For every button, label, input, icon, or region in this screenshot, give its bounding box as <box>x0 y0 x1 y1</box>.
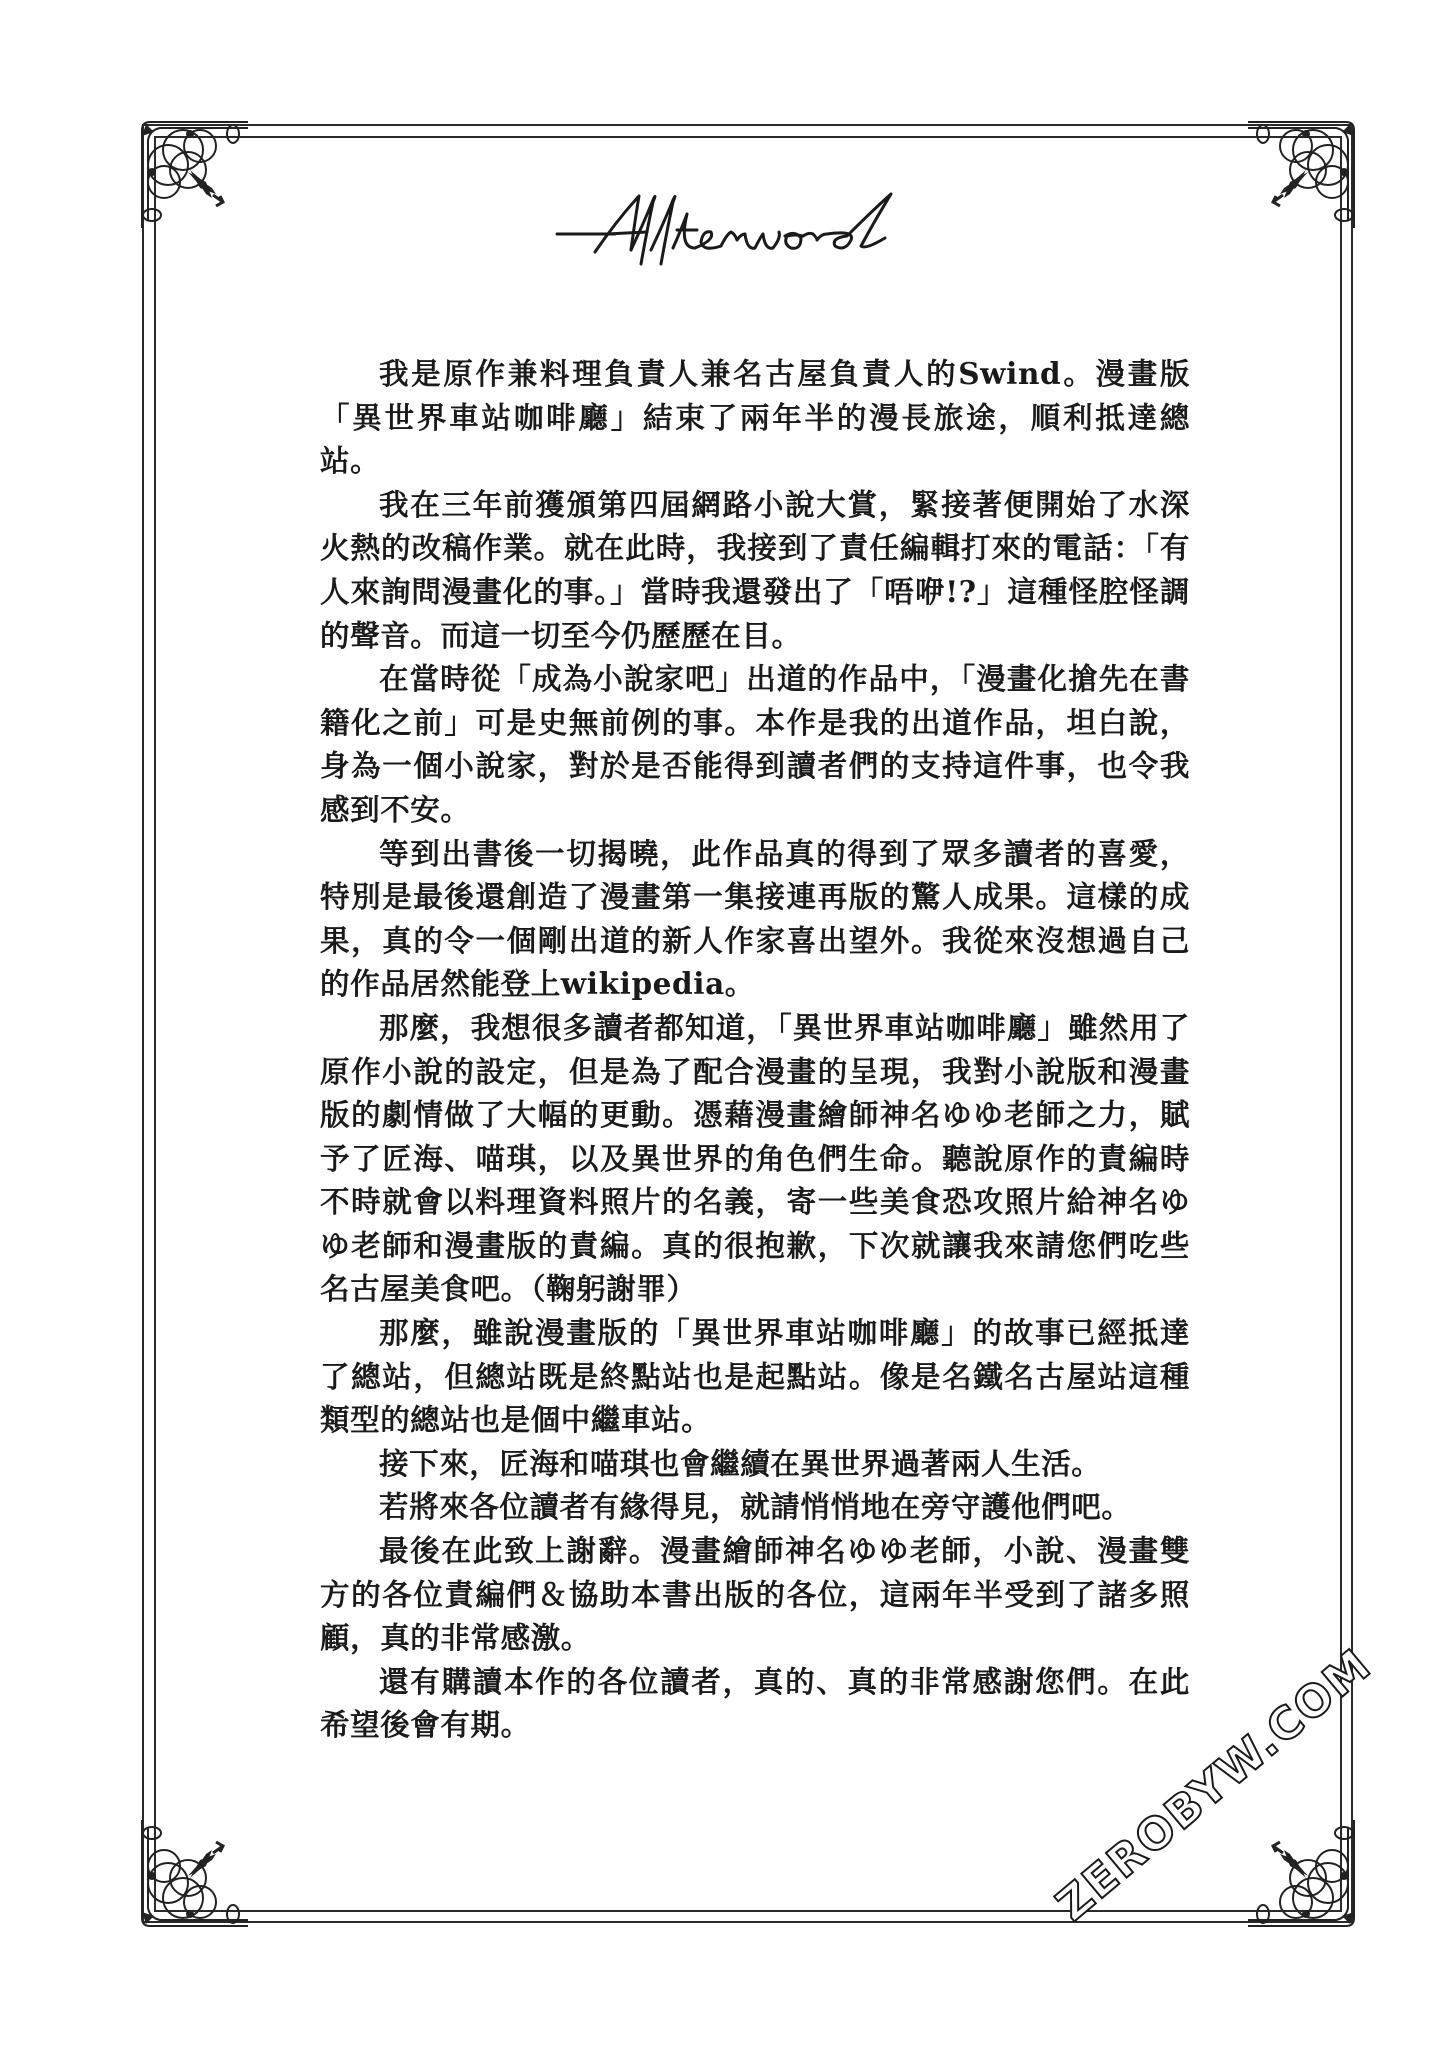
document-page: Afterword 我是原作兼料理負責人兼名 <box>0 0 1440 2048</box>
paragraph: 等到出書後一切揭曉，此作品真的得到了眾多讀者的喜愛，特別是最後還創造了漫畫第一集… <box>320 832 1190 1006</box>
ornament-corner-icon <box>128 1808 258 1938</box>
afterword-script-icon <box>555 190 915 270</box>
afterword-body: 我是原作兼料理負責人兼名古屋負責人的Swind。漫畫版「異世界車站咖啡廳」結束了… <box>320 352 1190 1747</box>
paragraph: 我在三年前獲頒第四屆網路小說大賞，緊接著便開始了水深火熱的改稿作業。就在此時，我… <box>320 483 1190 657</box>
page-title-text: Afterword <box>555 190 556 191</box>
paragraph: 那麼，雖說漫畫版的「異世界車站咖啡廳」的故事已經抵達了總站，但總站既是終點站也是… <box>320 1311 1190 1442</box>
ornament-corner-icon <box>1238 1808 1368 1938</box>
paragraph: 在當時從「成為小說家吧」出道的作品中，「漫畫化搶先在書籍化之前」可是史無前例的事… <box>320 657 1190 831</box>
paragraph: 那麼，我想很多讀者都知道，「異世界車站咖啡廳」雖然用了原作小說的設定，但是為了配… <box>320 1006 1190 1311</box>
paragraph: 若將來各位讀者有緣得見，就請悄悄地在旁守護他們吧。 <box>320 1485 1190 1529</box>
page-title: Afterword <box>555 190 915 270</box>
ornament-corner-icon <box>1238 110 1368 240</box>
paragraph: 接下來，匠海和喵琪也會繼續在異世界過著兩人生活。 <box>320 1442 1190 1486</box>
ornament-corner-icon <box>128 110 258 240</box>
paragraph: 還有購讀本作的各位讀者，真的、真的非常感謝您們。在此希望後會有期。 <box>320 1660 1190 1747</box>
paragraph: 我是原作兼料理負責人兼名古屋負責人的Swind。漫畫版「異世界車站咖啡廳」結束了… <box>320 352 1190 483</box>
paragraph: 最後在此致上謝辭。漫畫繪師神名ゆゆ老師，小說、漫畫雙方的各位責編們＆協助本書出版… <box>320 1529 1190 1660</box>
